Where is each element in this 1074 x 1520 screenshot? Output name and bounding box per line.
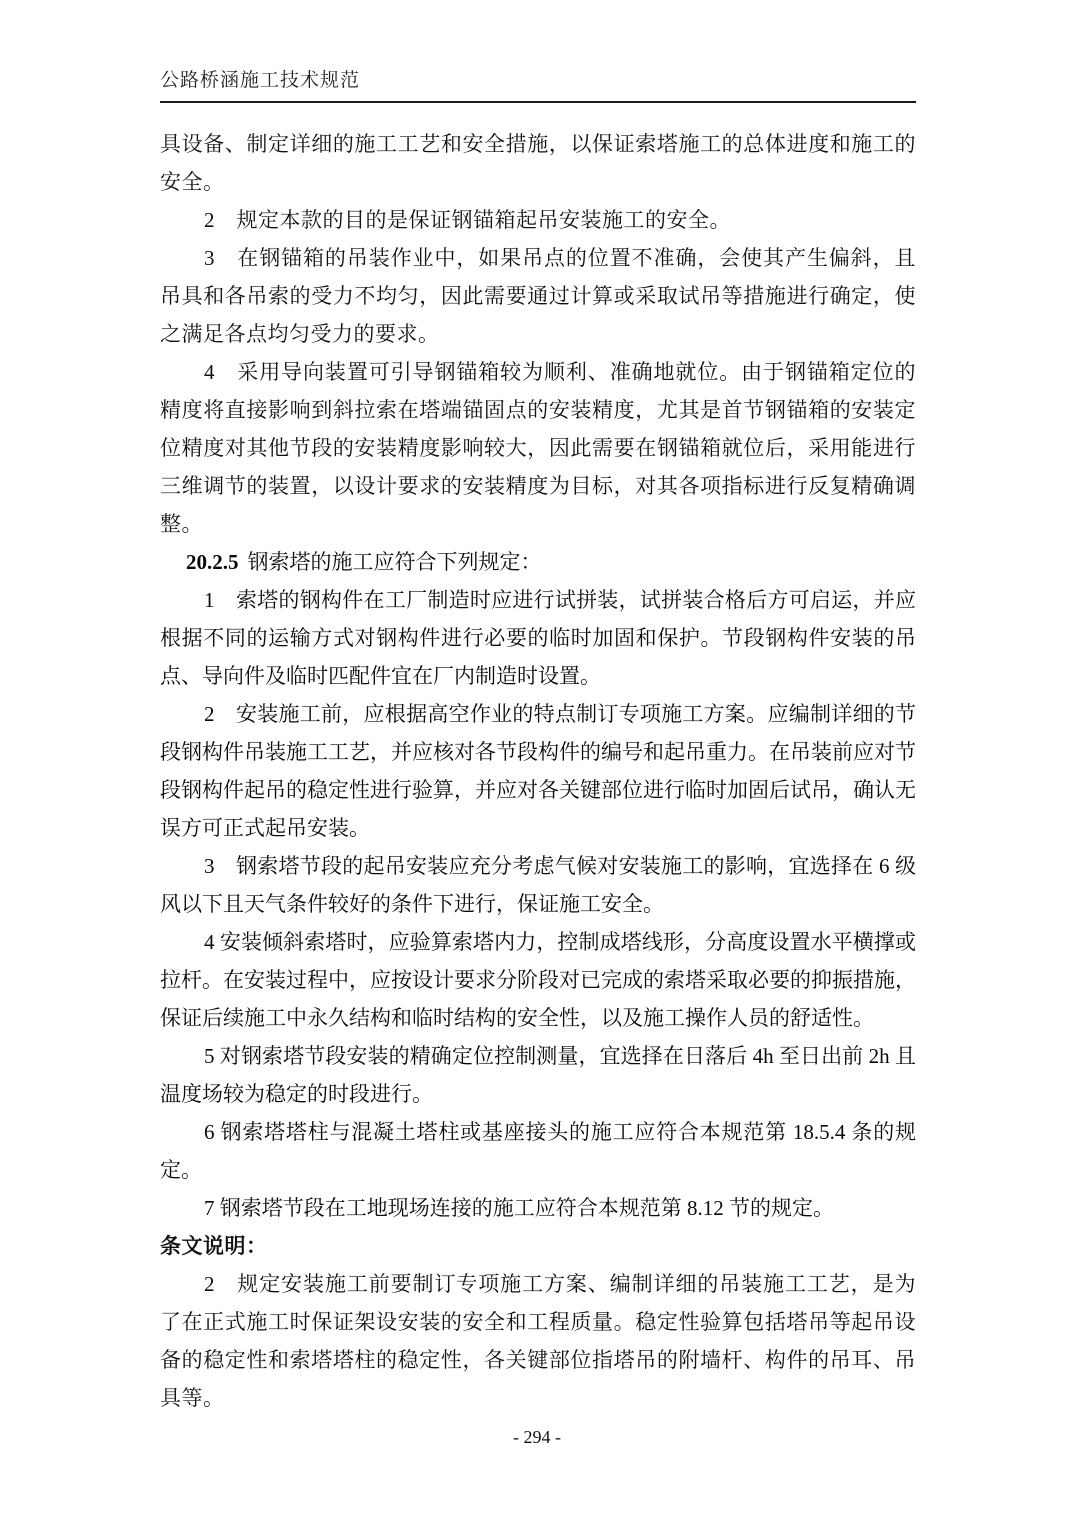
running-header: 公路桥涵施工技术规范 — [160, 68, 916, 103]
document-page: 公路桥涵施工技术规范 具设备、制定详细的施工工艺和安全措施，以保证索塔施工的总体… — [0, 0, 1074, 1520]
clause-number: 20.2.5 — [186, 550, 239, 574]
commentary-notes-heading: 条文说明： — [160, 1227, 916, 1265]
page-number: - 294 - — [513, 1427, 561, 1447]
clause-item-6: 6 钢索塔塔柱与混凝土塔柱或基座接头的施工应符合本规范第 18.5.4 条的规定… — [160, 1113, 916, 1189]
commentary-note-item-2: 2 规定安装施工前要制订专项施工方案、编制详细的吊装施工工艺，是为了在正式施工时… — [160, 1265, 916, 1417]
clause-item-7: 7 钢索塔节段在工地现场连接的施工应符合本规范第 8.12 节的规定。 — [160, 1189, 916, 1227]
commentary-item-4: 4 采用导向装置可引导钢锚箱较为顺利、准确地就位。由于钢锚箱定位的精度将直接影响… — [160, 353, 916, 543]
clause-title: 钢索塔的施工应符合下列规定： — [248, 550, 542, 574]
running-header-title: 公路桥涵施工技术规范 — [160, 70, 360, 91]
commentary-item-2: 2 规定本款的目的是保证钢锚箱起吊安装施工的安全。 — [160, 201, 916, 239]
clause-item-2: 2 安装施工前，应根据高空作业的特点制订专项施工方案。应编制详细的节段钢构件吊装… — [160, 695, 916, 847]
clause-heading: 20.2.5钢索塔的施工应符合下列规定： — [160, 543, 916, 581]
page-footer: - 294 - — [0, 1427, 1074, 1448]
clause-item-3: 3 钢索塔节段的起吊安装应充分考虑气候对安装施工的影响，宜选择在 6 级风以下且… — [160, 847, 916, 923]
commentary-item-3: 3 在钢锚箱的吊装作业中，如果吊点的位置不准确，会使其产生偏斜，且吊具和各吊索的… — [160, 239, 916, 353]
clause-item-4: 4 安装倾斜索塔时，应验算索塔内力，控制成塔线形，分高度设置水平横撑或拉杆。在安… — [160, 923, 916, 1037]
clause-item-1: 1 索塔的钢构件在工厂制造时应进行试拼装，试拼装合格后方可启运，并应根据不同的运… — [160, 581, 916, 695]
document-body: 具设备、制定详细的施工工艺和安全措施，以保证索塔施工的总体进度和施工的安全。 2… — [160, 125, 916, 1417]
commentary-continuation-paragraph: 具设备、制定详细的施工工艺和安全措施，以保证索塔施工的总体进度和施工的安全。 — [160, 125, 916, 201]
clause-item-5: 5 对钢索塔节段安装的精确定位控制测量，宜选择在日落后 4h 至日出前 2h 且… — [160, 1037, 916, 1113]
